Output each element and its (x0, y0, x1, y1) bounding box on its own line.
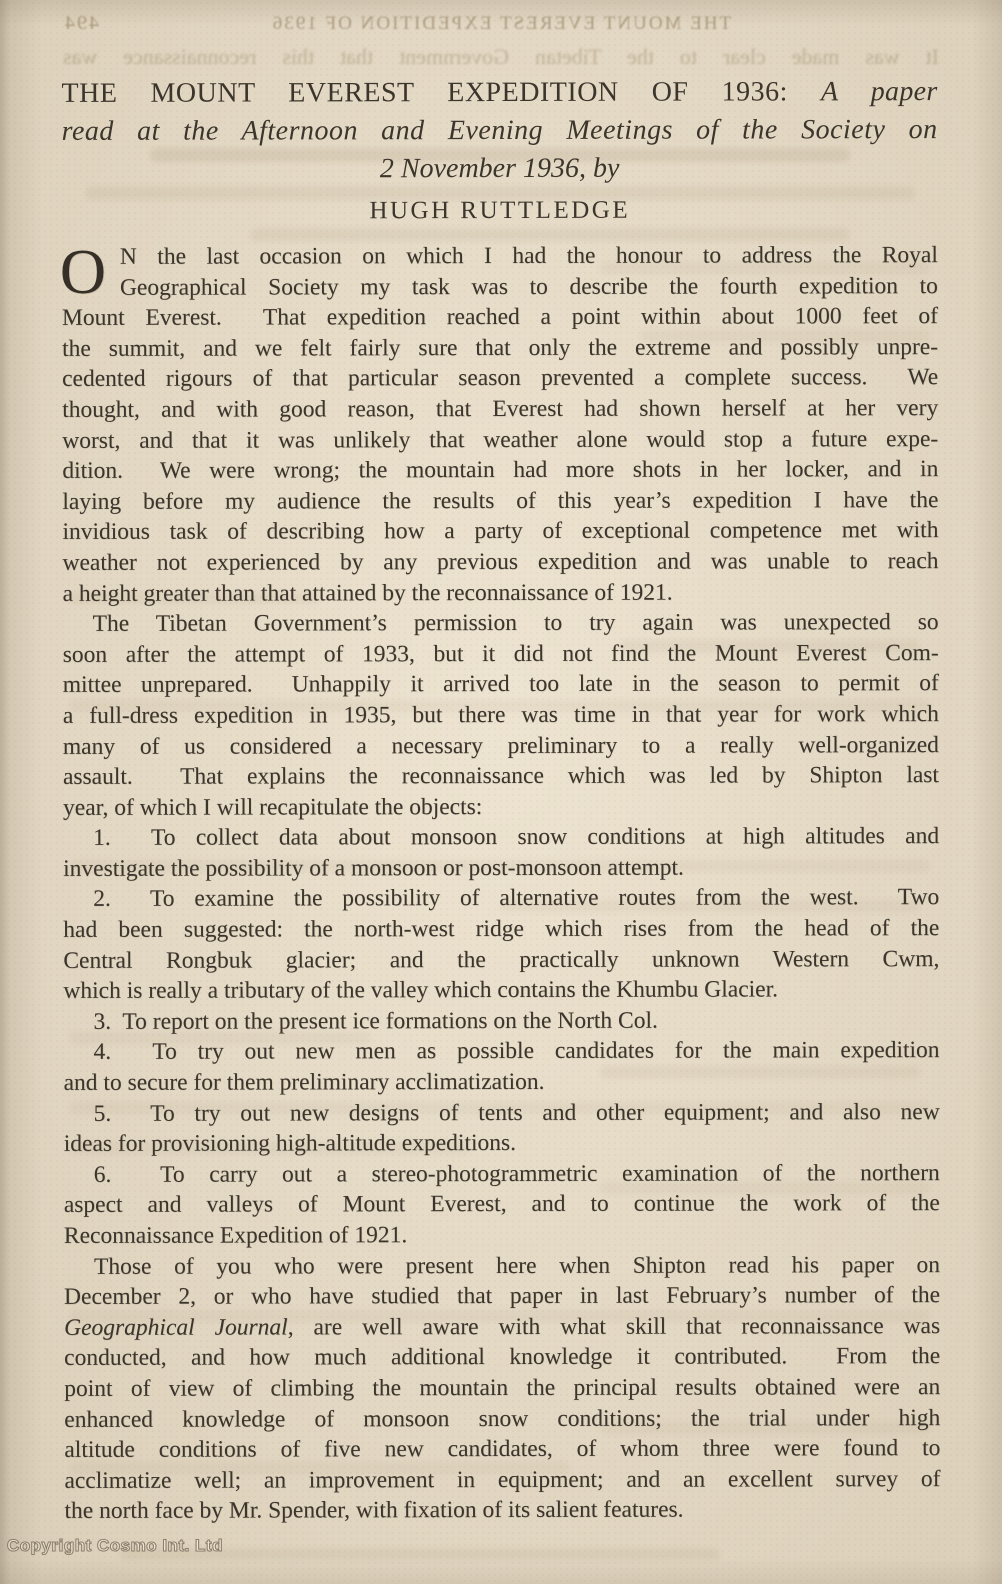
text-line: weather not experienced by any previous … (62, 546, 938, 578)
text: investigate the possibility of a monsoon… (63, 854, 684, 881)
text: Central Rongbuk glacier; and the practic… (63, 946, 939, 974)
text-line: a full-dress expedition in 1935, but the… (63, 699, 939, 731)
paper-subtitle-line2: read at the Afternoon and Evening Meetin… (62, 111, 938, 151)
text-line: point of view of climbing the mountain t… (64, 1372, 940, 1404)
text-line: 3. To report on the present ice formatio… (63, 1005, 939, 1037)
text: which is really a tributary of the valle… (63, 977, 778, 1004)
text-line: Those of you who were present here when … (64, 1250, 940, 1282)
text-line: year, of which I will recapitulate the o… (63, 791, 939, 823)
text: acclimatize well; an improvement in equi… (64, 1466, 940, 1494)
text: conducted, and how much additional knowl… (64, 1343, 940, 1371)
text-line: Mount Everest. That expedition reached a… (62, 301, 938, 333)
text-line: which is really a tributary of the valle… (63, 974, 939, 1006)
text-line: 2. To examine the possibility of alterna… (63, 883, 939, 915)
text-line: aspect and valleys of Mount Everest, and… (64, 1188, 940, 1220)
opening-paragraph: N the last occasion on which I had the h… (62, 240, 939, 609)
list-item-5: 5. To try out new designs of tents and o… (64, 1097, 940, 1160)
title-italic-tail: A paper (821, 76, 938, 107)
author-name: HUGH RUTTLEDGE (62, 187, 938, 235)
list-item-6: 6. To carry out a stereo-photogrammetric… (64, 1158, 940, 1252)
list-item-3: 3. To report on the present ice formatio… (63, 1005, 939, 1037)
text-line: had been suggested: the north-west ridge… (63, 913, 939, 945)
text: a height greater than that attained by t… (63, 579, 673, 606)
text-line: Geographical Society my task was to desc… (62, 271, 938, 303)
text: 6. To carry out a stereo-photogrammetric… (94, 1160, 940, 1188)
text-line: many of us considered a necessary prelim… (63, 730, 939, 762)
text-line: worst, and that it was unlikely that wea… (62, 424, 938, 456)
bleed-running-header: THE MOUNT EVEREST EXPEDITION OF 1936 494 (63, 12, 939, 35)
bleed-header-text: THE MOUNT EVEREST EXPEDITION OF 1936 (223, 13, 779, 35)
text: enhanced knowledge of monsoon snow condi… (64, 1405, 940, 1433)
text: Reconnaissance Expedition of 1921. (64, 1222, 407, 1249)
text: assault. That explains the reconnaissanc… (63, 762, 939, 790)
text: 5. To try out new designs of tents and o… (94, 1099, 940, 1127)
text: December 2, or who have studied that pap… (64, 1282, 940, 1310)
page-content: THE MOUNT EVEREST EXPEDITION OF 1936: A … (61, 73, 940, 1527)
drop-cap: O (60, 243, 106, 301)
text-line: dition. We were wrong; the mountain had … (62, 454, 938, 486)
text-line: Reconnaissance Expedition of 1921. (64, 1219, 940, 1251)
text-line: laying before my audience the results of… (62, 485, 938, 517)
text-line: conducted, and how much additional knowl… (64, 1341, 940, 1373)
text-line: soon after the attempt of 1933, but it d… (63, 638, 939, 670)
text: cedented rigours of that particular seas… (62, 364, 938, 392)
text: the summit, and we felt fairly sure that… (62, 334, 938, 362)
text: soon after the attempt of 1933, but it d… (63, 640, 939, 668)
text-line: N the last occasion on which I had the h… (62, 240, 938, 272)
text-line: The Tibetan Government’s permission to t… (63, 607, 939, 639)
text-line: the north face by Mr. Spender, with fixa… (64, 1494, 940, 1526)
text: a full-dress expedition in 1935, but the… (63, 701, 939, 729)
text-line: altitude conditions of five new candidat… (64, 1433, 940, 1465)
text: Geographical Society my task was to desc… (120, 273, 938, 301)
text-line: cedented rigours of that particular seas… (62, 362, 938, 394)
text-line: ideas for provisioning high-altitude exp… (64, 1127, 940, 1159)
text: the north face by Mr. Spender, with fixa… (64, 1497, 683, 1524)
text-line: Central Rongbuk glacier; and the practic… (63, 944, 939, 976)
text: weather not experienced by any previous … (62, 548, 938, 576)
closing-paragraph: Those of you who were present here when … (64, 1250, 941, 1527)
text-line: 4. To try out new men as possible candid… (63, 1036, 939, 1068)
text: and to secure for them preliminary accli… (64, 1069, 545, 1096)
text-line: Geographical Journal, are well aware wit… (64, 1311, 940, 1343)
text-line: 6. To carry out a stereo-photogrammetric… (64, 1158, 940, 1190)
text-line: thought, and with good reason, that Ever… (62, 393, 938, 425)
text: aspect and valleys of Mount Everest, and… (64, 1190, 940, 1218)
text-line: 5. To try out new designs of tents and o… (64, 1097, 940, 1129)
text-line: invidious task of describing how a party… (62, 515, 938, 547)
text-line: mittee unprepared. Unhappily it arrived … (63, 668, 939, 700)
text: 1. To collect data about monsoon snow co… (93, 823, 939, 851)
text: 3. To report on the present ice formatio… (93, 1008, 657, 1035)
text: ideas for provisioning high-altitude exp… (64, 1130, 516, 1157)
paper-subtitle-line3: 2 November 1936, by (62, 149, 938, 189)
list-item-2: 2. To examine the possibility of alterna… (63, 883, 939, 1007)
text: Those of you who were present here when … (94, 1252, 940, 1280)
body-text: O N the last occasion on which I had the… (62, 240, 941, 1527)
text: dition. We were wrong; the mountain had … (62, 456, 938, 484)
list-item-1: 1. To collect data about monsoon snow co… (63, 821, 939, 884)
text-line: acclimatize well; an improvement in equi… (64, 1464, 940, 1496)
scanned-journal-page: THE MOUNT EVEREST EXPEDITION OF 1936 494… (0, 0, 1002, 1584)
text: many of us considered a necessary prelim… (63, 732, 939, 760)
text: year, of which I will recapitulate the o… (63, 794, 482, 821)
text: The Tibetan Government’s permission to t… (93, 609, 939, 637)
text: invidious task of describing how a party… (62, 517, 938, 545)
text: Mount Everest. That expedition reached a… (62, 303, 938, 331)
text: thought, and with good reason, that Ever… (62, 395, 938, 423)
text: N the last occasion on which I had the h… (120, 242, 938, 270)
text: worst, and that it was unlikely that wea… (62, 426, 938, 454)
text: point of view of climbing the mountain t… (64, 1374, 940, 1402)
text: 2. To examine the possibility of alterna… (93, 885, 939, 913)
text-line: assault. That explains the reconnaissanc… (63, 760, 939, 792)
text-line: enhanced knowledge of monsoon snow condi… (64, 1403, 940, 1435)
text-line: December 2, or who have studied that pap… (64, 1280, 940, 1312)
bleed-page-number: 494 (63, 12, 223, 35)
text: altitude conditions of five new candidat… (64, 1435, 940, 1463)
text-line: investigate the possibility of a monsoon… (63, 852, 939, 884)
text-line: a height greater than that attained by t… (63, 577, 939, 609)
bleed-text-line: It was made clear to the Tibetan Governm… (63, 44, 939, 70)
text-line: 1. To collect data about monsoon snow co… (63, 821, 939, 853)
italic-text: Geographical Journal (64, 1314, 288, 1340)
text-line: the summit, and we felt fairly sure that… (62, 332, 938, 364)
text: , are well aware with what skill that re… (288, 1313, 940, 1340)
text: mittee unprepared. Unhappily it arrived … (63, 670, 939, 698)
title-caps: THE MOUNT EVEREST EXPEDITION OF 1936: (61, 76, 787, 109)
text: had been suggested: the north-west ridge… (63, 915, 939, 943)
list-item-4: 4. To try out new men as possible candid… (63, 1036, 939, 1099)
text: 4. To try out new men as possible candid… (94, 1038, 940, 1066)
paper-title: THE MOUNT EVEREST EXPEDITION OF 1936: A … (61, 73, 937, 113)
copyright-watermark: Copyright Cosmo Int. Ltd (7, 1536, 223, 1556)
paragraph: The Tibetan Government’s permission to t… (63, 607, 939, 823)
text: laying before my audience the results of… (62, 487, 938, 515)
text-line: and to secure for them preliminary accli… (64, 1066, 940, 1098)
